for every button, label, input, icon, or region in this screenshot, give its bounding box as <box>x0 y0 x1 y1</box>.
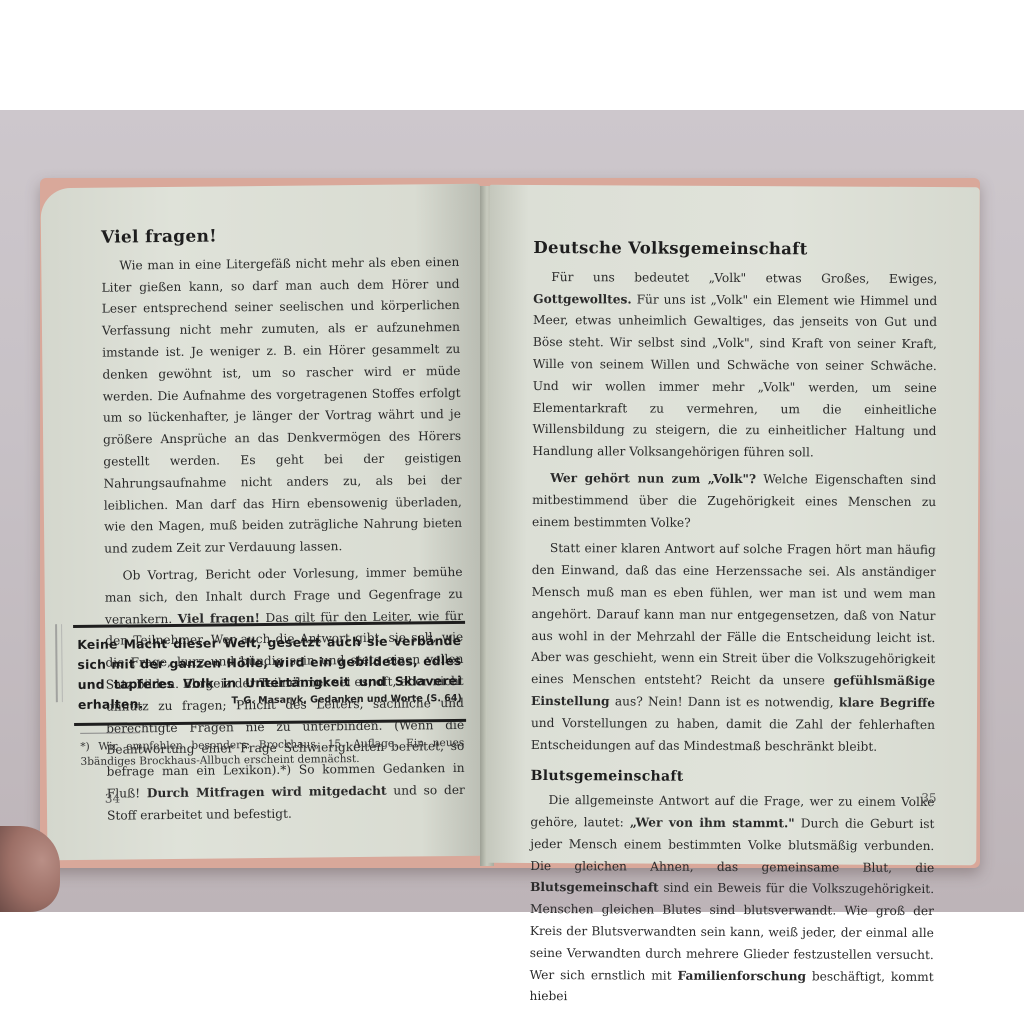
text-run: Für uns bedeutet „Volk" etwas Großes, Ew… <box>551 270 937 286</box>
footnote: *) Wir empfehlen besonders: Brockhaus, 1… <box>80 736 464 770</box>
page-number-right: 35 <box>921 791 936 805</box>
text-run: Für uns ist „Volk" ein Element wie Himme… <box>532 292 937 460</box>
bold-run: klare Begriffe <box>839 695 935 710</box>
bold-run: Gottgewolltes. <box>533 292 632 307</box>
text-run: Statt einer klaren Antwort auf solche Fr… <box>531 541 936 687</box>
bold-run: Familienforschung <box>677 968 806 983</box>
right-paragraph-1: Für uns bedeutet „Volk" etwas Großes, Ew… <box>532 267 937 465</box>
page-number-left: 34 <box>105 792 120 806</box>
bold-run: Wer gehört nun zum „Volk"? <box>550 471 756 486</box>
right-heading: Deutsche Volksgemeinschaft <box>533 237 937 261</box>
bold-run: Durch Mitfragen wird mitgedacht <box>147 784 387 801</box>
bold-run: Blutsgemeinschaft <box>530 880 659 895</box>
bold-run: „Wer von ihm stammt." <box>630 815 795 830</box>
right-paragraph-3: Statt einer klaren Antwort auf solche Fr… <box>531 538 936 758</box>
right-page-body: Deutsche Volksgemeinschaft Für uns bedeu… <box>529 237 937 1015</box>
right-subheading: Blutsgemeinschaft <box>531 766 935 790</box>
right-paragraph-4: Die allgemeinste Antwort auf die Frage, … <box>529 790 934 1010</box>
left-paragraph-1: Wie man in eine Litergefäß nicht mehr al… <box>101 252 462 561</box>
right-page: Deutsche Volksgemeinschaft Für uns bedeu… <box>486 185 980 866</box>
left-heading: Viel fragen! <box>101 224 459 250</box>
left-page: Viel fragen! Wie man in eine Litergefäß … <box>40 184 487 861</box>
pencil-mark <box>55 624 63 702</box>
text-run: und Vorstellungen zu haben, damit die Za… <box>531 716 935 754</box>
text-run: aus? Nein! Dann ist es notwendig, <box>615 694 834 709</box>
quote-box: Keine Macht dieser Welt, gesetzt auch si… <box>73 621 466 726</box>
text-run: sind ein Beweis für die Volkszugehörigke… <box>530 881 935 982</box>
right-paragraph-2: Wer gehört nun zum „Volk"? Welche Eigens… <box>532 468 936 536</box>
